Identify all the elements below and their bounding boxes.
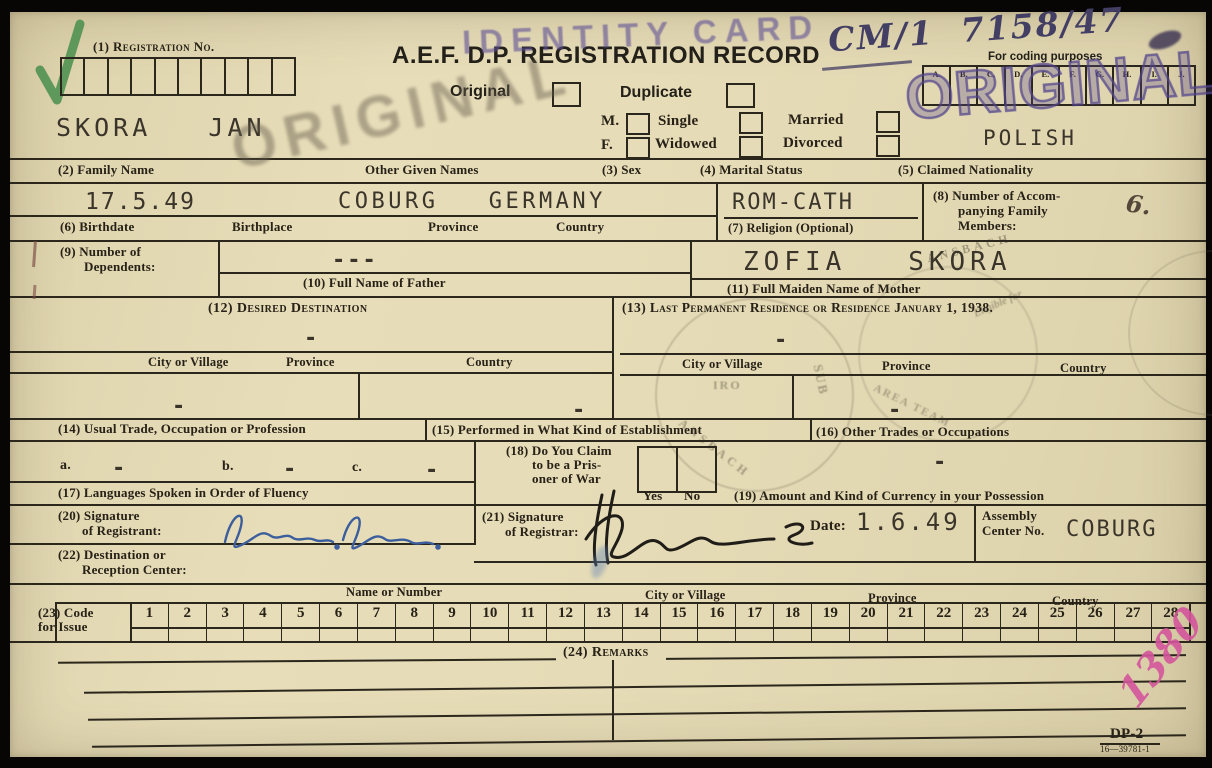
registrant-sig-label-1: (20) Signature [58, 509, 140, 523]
languages-label: (17) Languages Spoken in Order of Fluenc… [58, 486, 309, 500]
divider [792, 374, 794, 419]
divider [358, 372, 360, 419]
code-cell: 14 [622, 603, 660, 641]
divider [10, 641, 1206, 643]
divider [690, 278, 1206, 280]
code-cell: 2 [168, 603, 206, 641]
destination-center-label-2: Reception Center: [82, 563, 187, 577]
language-c-dash: - [425, 460, 438, 482]
code-cell: 19 [811, 603, 849, 641]
mother-name-label: (11) Full Maiden Name of Mother [727, 282, 921, 296]
code-cell: 21 [887, 603, 925, 641]
code-cell: 24 [1000, 603, 1038, 641]
city-village-label-left: City or Village [148, 356, 229, 370]
divider [10, 418, 1206, 420]
date-value: 1.6.49 [856, 510, 961, 534]
divider [690, 240, 692, 298]
divider [218, 240, 220, 298]
sex-label: (3) Sex [602, 163, 641, 177]
family-members-value-handwritten: 6. [1124, 188, 1153, 220]
family-members-label-3: Members: [958, 219, 1017, 233]
code-cell: 13 [584, 603, 622, 641]
religion-label: (7) Religion (Optional) [728, 222, 853, 236]
dependents-label-1: (9) Number of [60, 245, 141, 259]
date-label: Date: [810, 518, 846, 535]
code-header-name: Name or Number [346, 586, 442, 600]
destination-value-dash: - [304, 328, 317, 350]
language-c-label: c. [352, 460, 362, 475]
destination-center-label-1: (22) Destination or [58, 548, 166, 562]
code-cell: 7 [357, 603, 395, 641]
code-cell: 8 [395, 603, 433, 641]
assembly-center-value: COBURG [1066, 519, 1157, 541]
single-checkbox [739, 112, 763, 134]
language-b-dash: - [283, 459, 296, 481]
dependents-label-2: Dependents: [84, 260, 156, 274]
divider [10, 372, 612, 374]
code-cell: 4 [243, 603, 281, 641]
code-for-issue-label-2: for Issue [38, 620, 88, 634]
registration-box [271, 59, 294, 94]
birthplace-value: COBURG GERMANY [338, 191, 606, 213]
code-header-city: City or Village [645, 589, 726, 603]
language-b-label: b. [222, 459, 234, 474]
code-cell: 15 [660, 603, 698, 641]
divider [716, 183, 718, 241]
code-cell: 9 [433, 603, 471, 641]
country-label: Country [556, 220, 604, 234]
print-code: 16—39781-1 [1100, 745, 1150, 755]
registration-box [177, 59, 200, 94]
divider [10, 481, 474, 483]
divider [620, 374, 1206, 376]
code-cell: 25 [1038, 603, 1076, 641]
code-cell: 17 [735, 603, 773, 641]
code-cell: 20 [849, 603, 887, 641]
province-label: Province [428, 220, 478, 234]
registration-no-label: (1) Registration No. [93, 40, 215, 54]
province-label-left: Province [286, 356, 335, 370]
father-name-label: (10) Full Name of Father [303, 276, 446, 290]
code-cell: 5 [281, 603, 319, 641]
divider [10, 215, 718, 217]
birthdate-value: 17.5.49 [85, 191, 196, 214]
sex-f-checkbox [626, 137, 650, 159]
establishment-label: (15) Performed in What Kind of Establish… [432, 423, 702, 437]
residence-value-dash: - [774, 330, 787, 352]
scanned-dp-registration-card: IRO SUB ANSBACH Eligible for AREA TEAM A… [0, 0, 1212, 768]
currency-value-dash: - [933, 452, 946, 474]
widowed-checkbox [739, 136, 763, 158]
mother-name-value: ZOFIA SKORA [743, 249, 1012, 275]
code-cell: 11 [508, 603, 546, 641]
divider [810, 418, 812, 442]
father-name-value: --- [332, 250, 378, 272]
other-trades-value-dash: - [888, 400, 901, 422]
form-number: DP-2 [1110, 726, 1143, 743]
code-cell: 1 [131, 603, 168, 641]
stamp-text-iro: IRO [713, 378, 742, 393]
registration-box [154, 59, 177, 94]
stamp-text-sub: SUB [809, 363, 831, 397]
code-cells-row: 1234567891011121314151617181920212223242… [131, 603, 1189, 641]
divider [10, 351, 612, 353]
registration-box [107, 59, 130, 94]
registration-box [247, 59, 270, 94]
divider [620, 353, 1206, 355]
code-cell: 16 [697, 603, 735, 641]
sex-f-label: F. [601, 137, 613, 154]
divider [922, 183, 924, 241]
married-label: Married [788, 112, 844, 129]
country-label-left: Country [466, 356, 513, 370]
divider [474, 440, 476, 545]
religion-value: ROM-CATH [732, 192, 854, 214]
sex-m-checkbox [626, 113, 650, 135]
registration-box [200, 59, 223, 94]
code-cell: 10 [470, 603, 508, 641]
other-trades-label: (16) Other Trades or Occupations [816, 425, 1009, 439]
divider [10, 583, 1206, 585]
last-residence-label: (13) Last Permanent Residence or Residen… [622, 301, 993, 316]
divider [724, 217, 918, 219]
code-cell: 26 [1076, 603, 1114, 641]
divider [974, 504, 976, 562]
country-label-right: Country [1060, 362, 1107, 376]
city-village-label-right: City or Village [682, 358, 763, 372]
assembly-label-2: Center No. [982, 524, 1044, 538]
married-checkbox [876, 111, 900, 133]
assembly-label-1: Assembly [982, 509, 1037, 523]
code-cell: 18 [773, 603, 811, 641]
code-cell: 22 [924, 603, 962, 641]
marital-status-label: (4) Marital Status [700, 163, 803, 177]
divider [10, 182, 1206, 184]
divider [10, 240, 1206, 242]
divider [425, 418, 427, 442]
remarks-label: (24) Remarks [563, 645, 649, 660]
registrant-sig-label-2: of Registrant: [82, 524, 162, 538]
divider [10, 296, 1206, 298]
registration-number-boxes [60, 57, 296, 96]
other-given-names-label: Other Given Names [365, 163, 479, 177]
registration-box [83, 59, 106, 94]
family-members-label-1: (8) Number of Accom- [933, 189, 1061, 203]
claimed-nationality-label: (5) Claimed Nationality [898, 163, 1033, 177]
desired-destination-label: (12) Desired Destination [208, 301, 367, 316]
divider [10, 440, 1206, 442]
divorced-checkbox [876, 135, 900, 157]
code-cell: 6 [319, 603, 357, 641]
code-cell: 3 [206, 603, 244, 641]
code-cell: 23 [962, 603, 1000, 641]
divider [218, 272, 690, 274]
registration-box [62, 59, 83, 94]
divider [612, 296, 614, 420]
trade-value-dash: - [172, 396, 185, 418]
family-name-label: (2) Family Name [58, 163, 154, 177]
divorced-label: Divorced [783, 135, 843, 152]
registrant-signature [215, 500, 450, 558]
birthdate-label: (6) Birthdate [60, 220, 134, 234]
widowed-label: Widowed [655, 136, 717, 153]
registrar-sig-label-1: (21) Signature [482, 510, 564, 524]
nationality-value: POLISH [983, 128, 1077, 149]
duplicate-checkbox [726, 83, 755, 108]
sex-m-label: M. [601, 113, 619, 130]
province-label-right: Province [882, 360, 931, 374]
divider [10, 158, 1206, 160]
code-cell: 12 [546, 603, 584, 641]
registration-box [224, 59, 247, 94]
usual-trade-label: (14) Usual Trade, Occupation or Professi… [58, 422, 306, 436]
language-a-label: a. [60, 458, 71, 473]
language-a-dash: - [112, 458, 125, 480]
family-members-label-2: panying Family [958, 204, 1048, 218]
establishment-value-dash: - [572, 400, 585, 422]
birthplace-label: Birthplace [232, 220, 293, 234]
duplicate-label: Duplicate [620, 84, 692, 102]
divider [612, 660, 614, 740]
registration-box [130, 59, 153, 94]
single-label: Single [658, 113, 698, 130]
code-cell: 27 [1114, 603, 1152, 641]
